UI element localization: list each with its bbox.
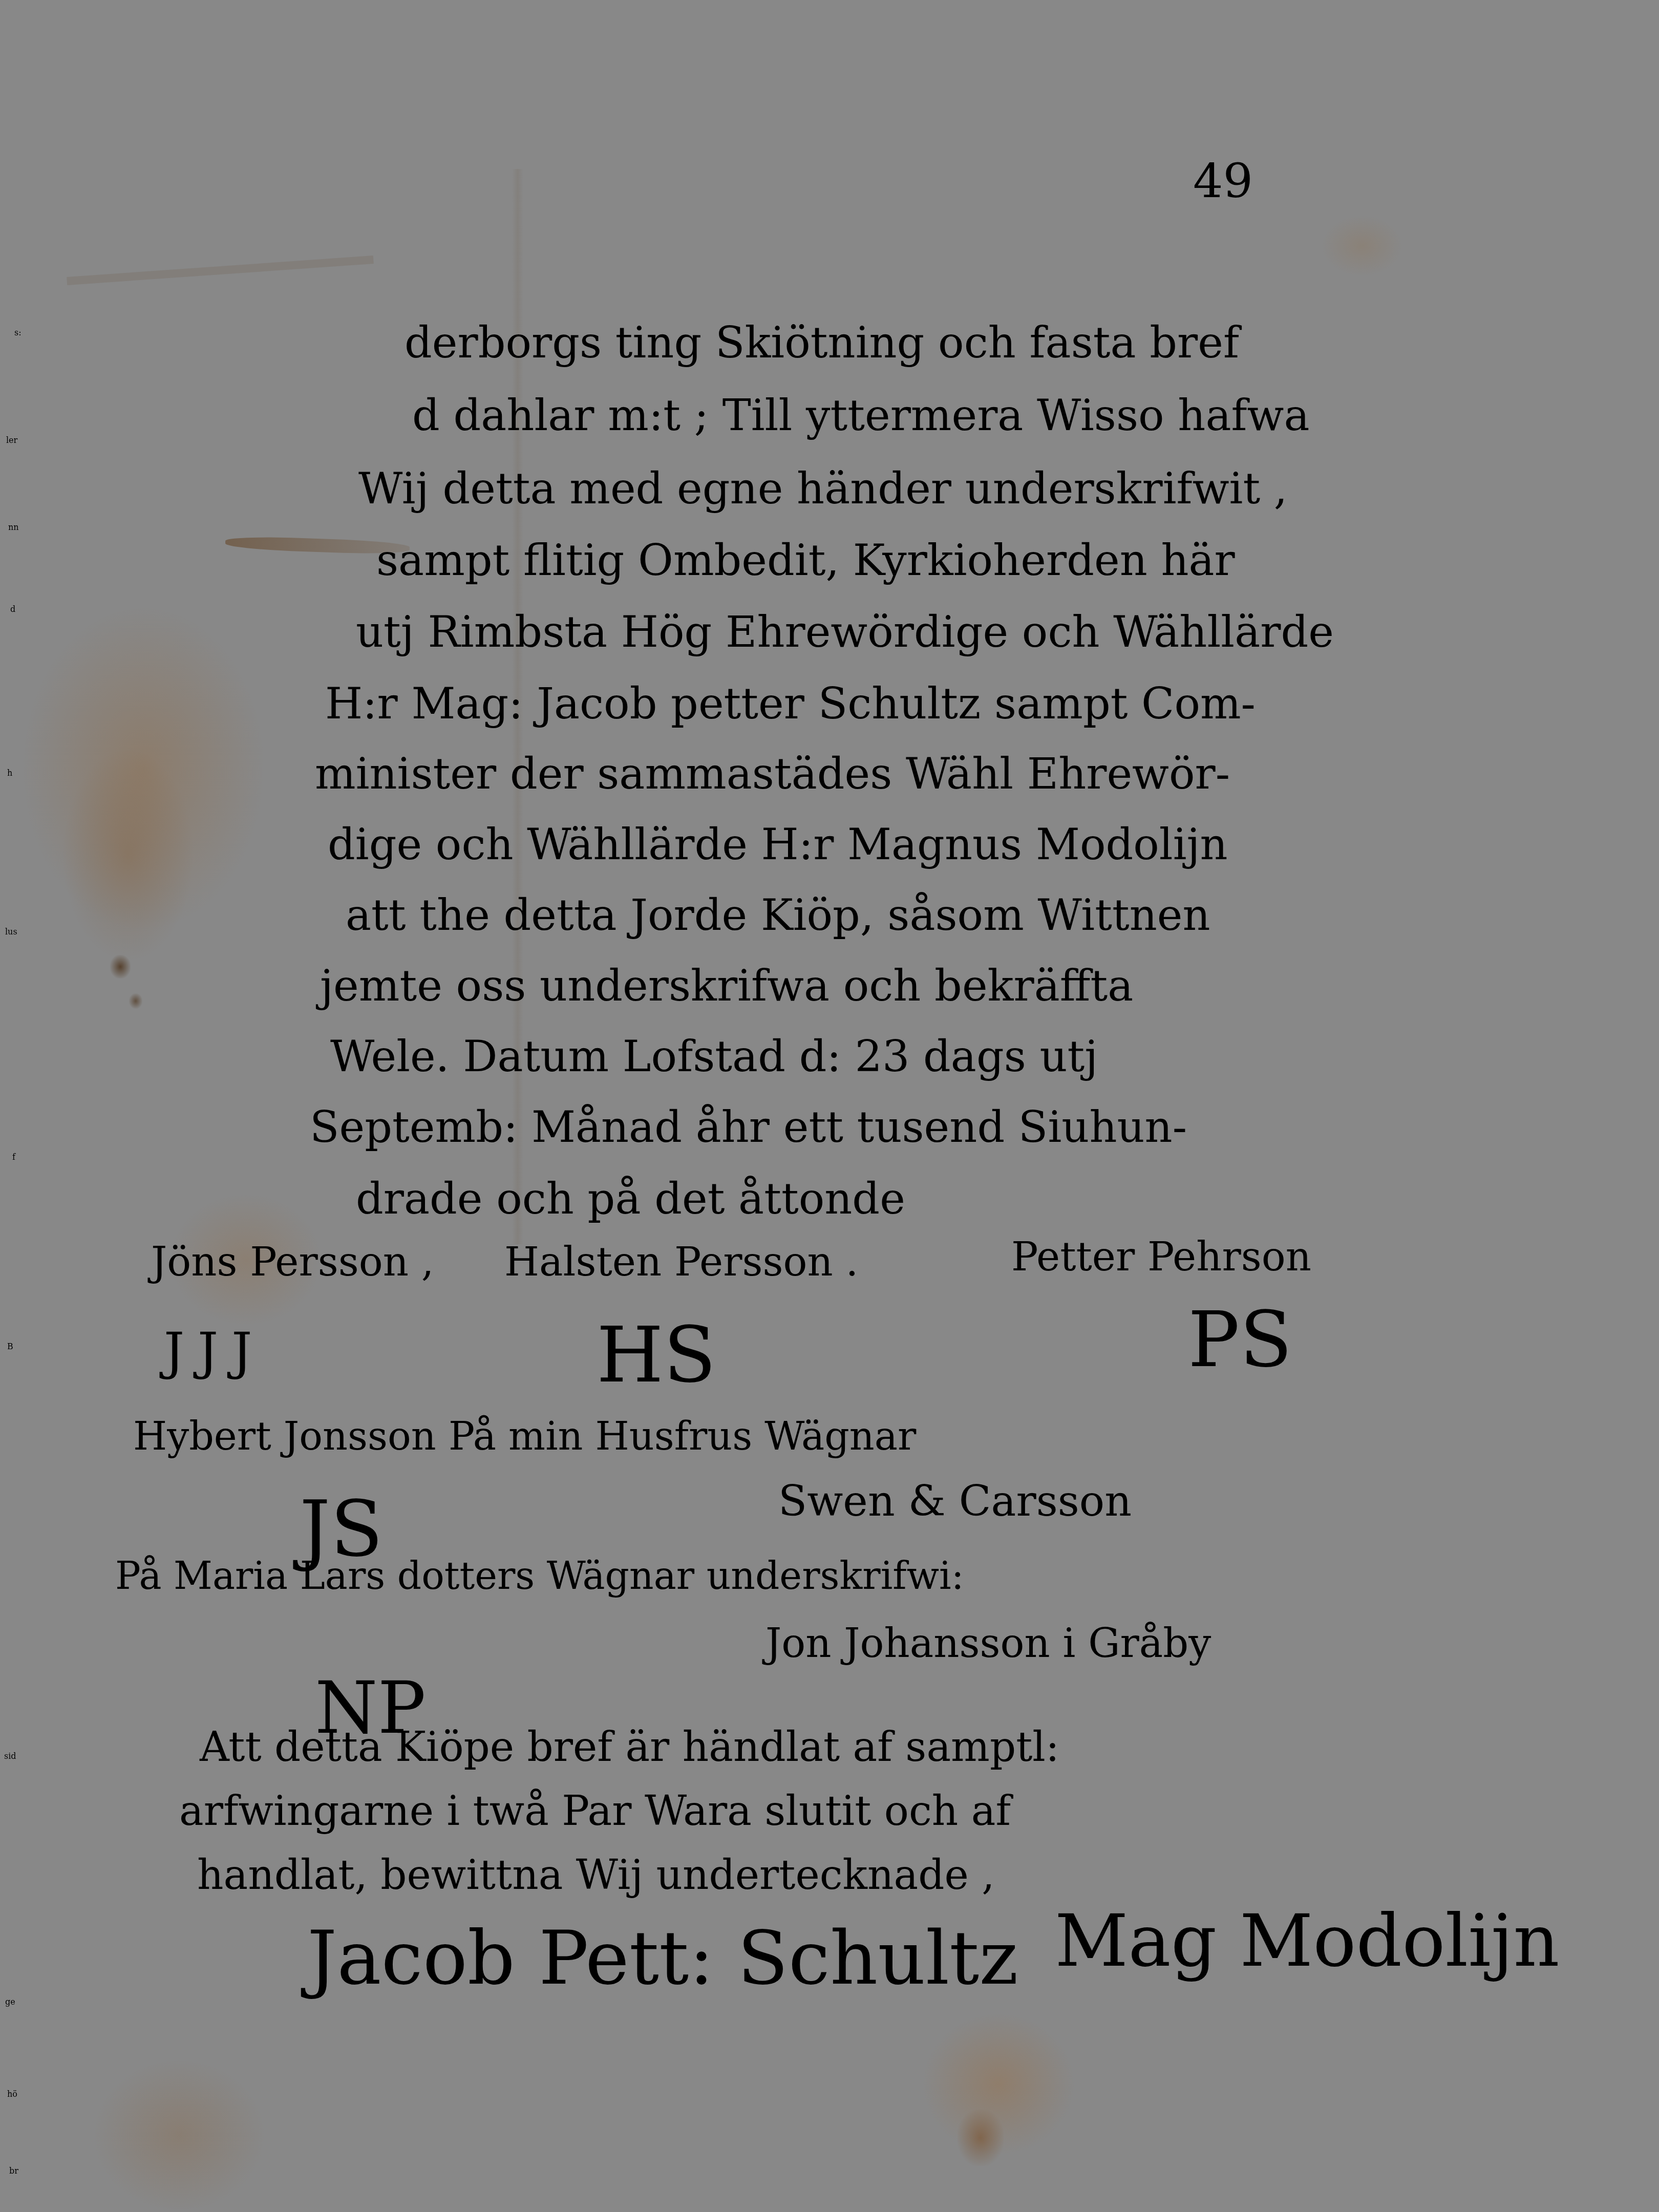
signature-modolijn: Mag Modolijn [1055, 1900, 1560, 1983]
faint-stain [1321, 215, 1403, 276]
water-stain [61, 748, 195, 963]
ink-spot [129, 993, 142, 1009]
handwritten-line: derborgs ting Skiötning och fasta bref [405, 317, 1239, 368]
handwritten-line: d dahlar m:t ; Till yttermera Wisso hafw… [412, 390, 1310, 440]
monogram-hs: HS [597, 1311, 716, 1400]
witness-name: Jöns Persson , [151, 1239, 434, 1285]
photo-canvas: 49 derborgs ting Skiötning och fasta bre… [0, 0, 1659, 2212]
left-page-fragment: ge [5, 1997, 15, 2007]
left-page-fragment: f [12, 1152, 15, 1162]
handwritten-line: minister der sammastädes Wähl Ehrewör- [315, 749, 1230, 799]
signature-schultz: Jacob Pett: Schultz [307, 1915, 1018, 2002]
left-page-fragment: B [7, 1342, 13, 1351]
left-page-fragment: hö [7, 2089, 17, 2099]
guardian-line: Jon Johansson i Gråby [765, 1621, 1211, 1667]
witness-name: Halsten Persson . [504, 1239, 858, 1285]
left-page-fragment: sid [4, 1751, 16, 1761]
handwritten-line: H:r Mag: Jacob petter Schultz sampt Com- [325, 678, 1256, 729]
guardian-line: Hybert Jonsson På min Husfrus Wägnar [133, 1413, 916, 1459]
witness-name: Petter Pehrson [1011, 1234, 1311, 1280]
left-page-fragment: lus [5, 927, 17, 937]
left-page-fragment: ler [6, 435, 17, 445]
handmark-jjj: JJJ [164, 1321, 265, 1381]
guardian-line: Swen & Carsson [778, 1477, 1132, 1526]
handwritten-line: sampt flitig Ombedit, Kyrkioherden här [376, 535, 1235, 585]
handwritten-line: dige och Wähllärde H:r Magnus Modolijn [328, 819, 1228, 869]
handwritten-line: Septemb: Månad åhr ett tusend Siuhun- [310, 1102, 1187, 1152]
guardian-line: På Maria Lars dotters Wägnar underskrifw… [115, 1554, 964, 1598]
handwritten-line: utj Rimbsta Hög Ehrewördige och Wähllärd… [356, 607, 1334, 657]
page-number-pencil: 49 [1193, 154, 1253, 208]
water-stain [92, 2058, 266, 2212]
handwritten-line: Wele. Datum Lofstad d: 23 dags utj [330, 1031, 1098, 1081]
attestation-line: arfwingarne i twå Par Wara slutit och af [179, 1787, 1011, 1835]
water-stain-core [958, 2110, 1004, 2166]
left-page-fragment: s: [14, 328, 22, 337]
attestation-line: handlat, bewittna Wij undertecknade , [197, 1851, 995, 1899]
monogram-ps: PS [1188, 1295, 1292, 1385]
attestation-line: Att detta Kiöpe bref är händlat af sampt… [200, 1723, 1059, 1771]
handwritten-line: Wij detta med egne händer underskrifwit … [358, 463, 1288, 514]
left-page-fragment: h [7, 768, 12, 778]
left-page-fragment: br [9, 2166, 18, 2176]
handwritten-line: drade och på det åttonde [356, 1174, 905, 1224]
left-page-fragment: nn [8, 522, 19, 532]
ink-spot [110, 955, 131, 979]
handwritten-line: jemte oss underskrifwa och bekräffta [320, 961, 1133, 1011]
handwritten-line: att the detta Jorde Kiöp, såsom Wittnen [346, 890, 1210, 940]
left-page-fragment: d [10, 604, 15, 614]
